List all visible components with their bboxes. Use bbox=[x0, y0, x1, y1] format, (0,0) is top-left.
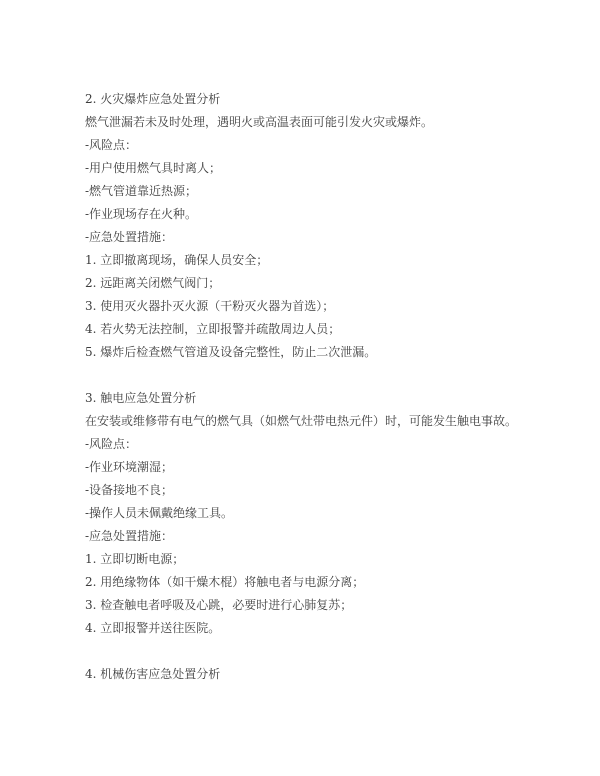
section-electric-shock: 3. 触电应急处置分析 在安装或维修带有电气的燃气具（如燃气灶带电热元件）时，可… bbox=[85, 387, 570, 640]
section-electric-intro: 在安装或维修带有电气的燃气具（如燃气灶带电热元件）时，可能发生触电事故。 bbox=[85, 410, 570, 433]
measure-item: 3. 检查触电者呼吸及心跳，必要时进行心肺复苏； bbox=[85, 594, 570, 617]
section-fire-title: 2. 火灾爆炸应急处置分析 bbox=[85, 88, 570, 111]
risk-item: -设备接地不良； bbox=[85, 479, 570, 502]
measure-item: 2. 远距离关闭燃气阀门； bbox=[85, 272, 570, 295]
risk-item: -作业环境潮湿； bbox=[85, 456, 570, 479]
section-mechanical-title: 4. 机械伤害应急处置分析 bbox=[85, 663, 570, 686]
measure-item: 4. 若火势无法控制，立即报警并疏散周边人员； bbox=[85, 318, 570, 341]
section-mechanical-injury: 4. 机械伤害应急处置分析 bbox=[85, 663, 570, 686]
measures-label: -应急处置措施： bbox=[85, 226, 570, 249]
document-page: 2. 火灾爆炸应急处置分析 燃气泄漏若未及时处理，遇明火或高温表面可能引发火灾或… bbox=[0, 0, 600, 776]
measures-label: -应急处置措施： bbox=[85, 525, 570, 548]
measure-item: 5. 爆炸后检查燃气管道及设备完整性，防止二次泄漏。 bbox=[85, 341, 570, 364]
measure-item: 1. 立即切断电源； bbox=[85, 548, 570, 571]
risk-item: -用户使用燃气具时离人； bbox=[85, 157, 570, 180]
risk-points-label: -风险点： bbox=[85, 134, 570, 157]
measure-item: 3. 使用灭火器扑灭火源（干粉灭火器为首选）； bbox=[85, 295, 570, 318]
section-gap bbox=[85, 640, 570, 663]
risk-item: -燃气管道靠近热源； bbox=[85, 180, 570, 203]
risk-points-label: -风险点： bbox=[85, 433, 570, 456]
risk-item: -作业现场存在火种。 bbox=[85, 203, 570, 226]
measure-item: 2. 用绝缘物体（如干燥木棍）将触电者与电源分离； bbox=[85, 571, 570, 594]
risk-item: -操作人员未佩戴绝缘工具。 bbox=[85, 502, 570, 525]
measure-item: 4. 立即报警并送往医院。 bbox=[85, 617, 570, 640]
section-gap bbox=[85, 364, 570, 387]
section-fire-explosion: 2. 火灾爆炸应急处置分析 燃气泄漏若未及时处理，遇明火或高温表面可能引发火灾或… bbox=[85, 88, 570, 364]
measure-item: 1. 立即撤离现场，确保人员安全； bbox=[85, 249, 570, 272]
section-fire-intro: 燃气泄漏若未及时处理，遇明火或高温表面可能引发火灾或爆炸。 bbox=[85, 111, 570, 134]
section-electric-title: 3. 触电应急处置分析 bbox=[85, 387, 570, 410]
